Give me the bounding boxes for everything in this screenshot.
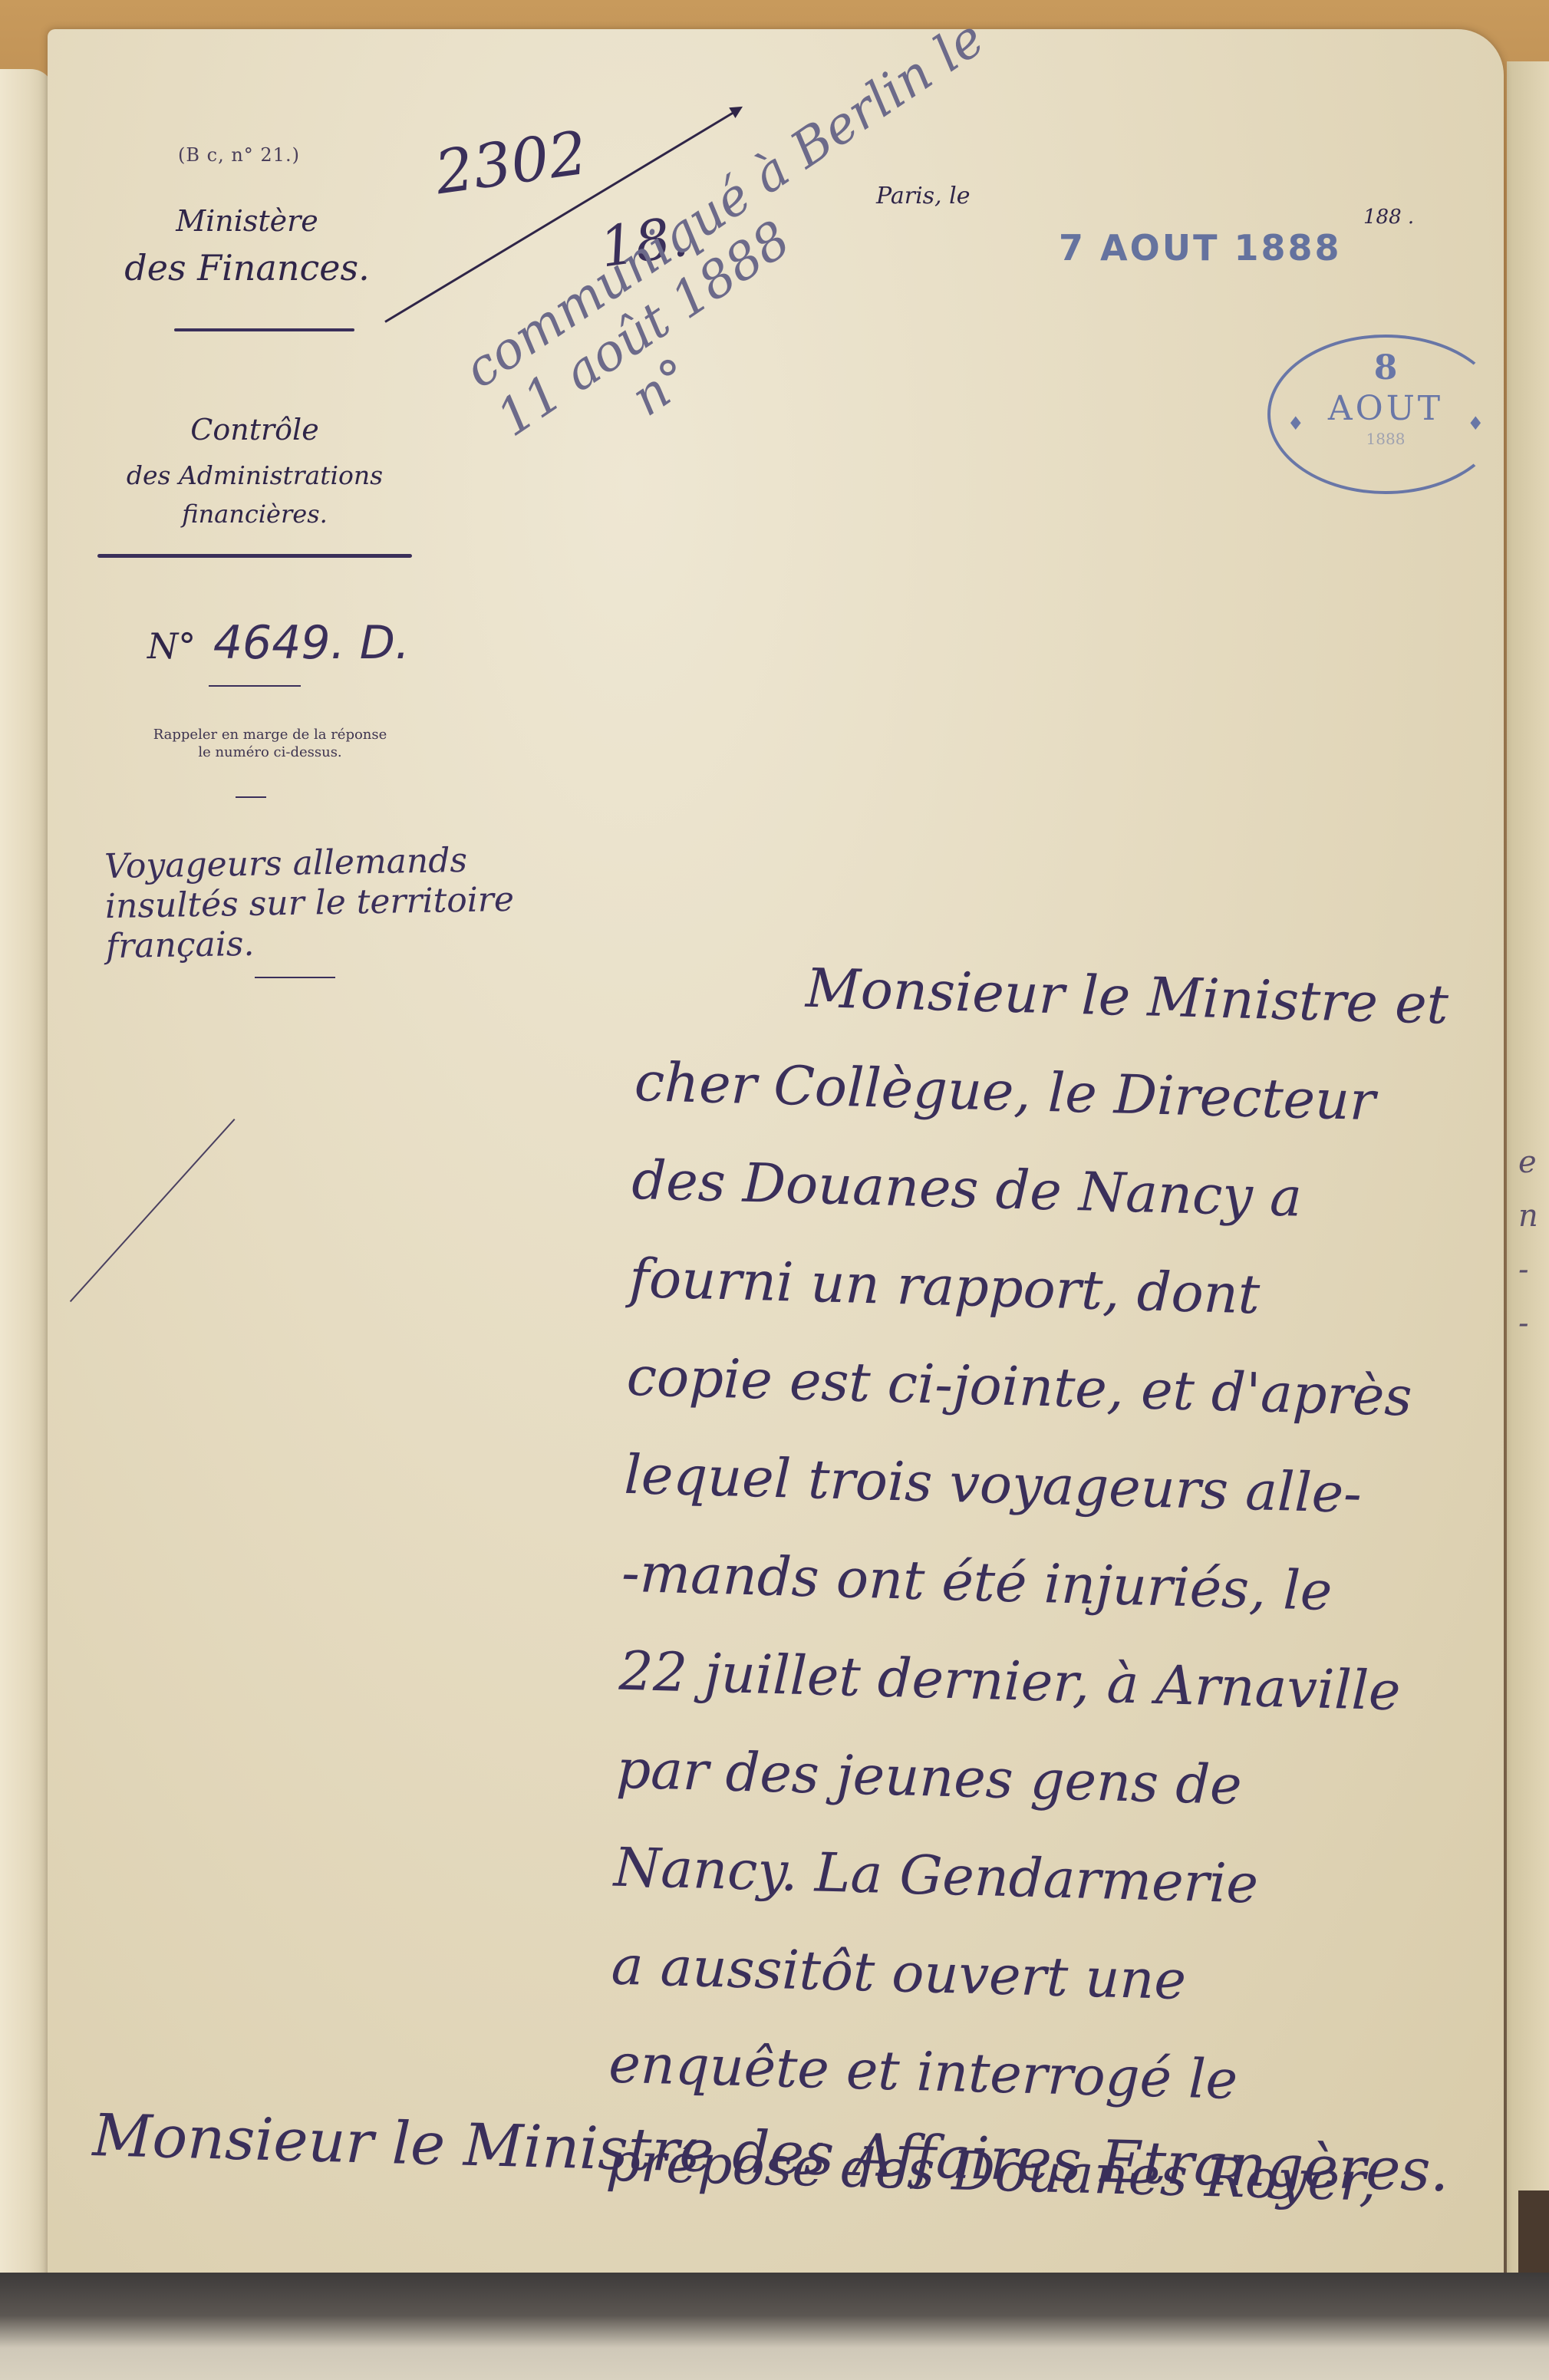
reply-reminder: Rappeler en marge de la réponse le numér… bbox=[132, 726, 408, 762]
reminder-line-1: Rappeler en marge de la réponse bbox=[132, 726, 408, 743]
receipt-day: 8 bbox=[1271, 348, 1501, 387]
divider-rule bbox=[209, 685, 301, 687]
pencil-annotation: communiqué à Berlin le 11 août 1888 n° bbox=[454, 0, 1124, 496]
underlying-sheet-left bbox=[0, 69, 54, 2380]
receipt-stamp: 8 AOUT 1888 ♦ ♦ bbox=[1267, 335, 1504, 494]
reminder-line-2: le numéro ci-dessus. bbox=[132, 743, 408, 761]
department-line-3: financières. bbox=[94, 499, 416, 529]
ministry-line-1: Ministère bbox=[94, 204, 400, 238]
year-prefix: 188 . bbox=[1363, 206, 1414, 229]
department-heading: Contrôle des Administrations financières… bbox=[94, 413, 416, 529]
number-prefix: N° bbox=[147, 625, 196, 667]
department-line-1: Contrôle bbox=[94, 413, 416, 447]
ministry-line-2: des Finances. bbox=[94, 247, 400, 288]
margin-slash-mark bbox=[70, 1119, 236, 1302]
place-prefix: Paris, le bbox=[876, 183, 970, 209]
letter-body: Monsieur le Ministre et cher Collègue, l… bbox=[605, 935, 1549, 2235]
diamond-icon: ♦ bbox=[1287, 413, 1304, 434]
letter-page: (B c, n° 21.) Ministère des Finances. Co… bbox=[48, 29, 1504, 2300]
ministry-heading: Ministère des Finances. bbox=[94, 204, 400, 288]
diamond-icon: ♦ bbox=[1467, 413, 1484, 434]
divider-rule bbox=[255, 977, 335, 978]
file-number: N° 4649. D. bbox=[147, 616, 410, 670]
subject-line-3: français. bbox=[106, 918, 644, 967]
receipt-year: 1888 bbox=[1271, 430, 1501, 448]
ornament-divider bbox=[174, 328, 354, 331]
ornament-divider bbox=[97, 554, 412, 558]
bottom-shadow bbox=[0, 2273, 1549, 2380]
reference-number: 2302 bbox=[431, 119, 592, 209]
subject-note: Voyageurs allemands insultés sur le terr… bbox=[104, 838, 644, 967]
date-stamp: 7 AOUT 1888 bbox=[1059, 227, 1342, 269]
department-line-2: des Administrations bbox=[94, 460, 416, 490]
form-code: (B c, n° 21.) bbox=[178, 144, 300, 166]
receipt-month: AOUT bbox=[1271, 389, 1501, 428]
divider-rule bbox=[236, 796, 266, 798]
number-value: 4649. D. bbox=[213, 616, 410, 670]
